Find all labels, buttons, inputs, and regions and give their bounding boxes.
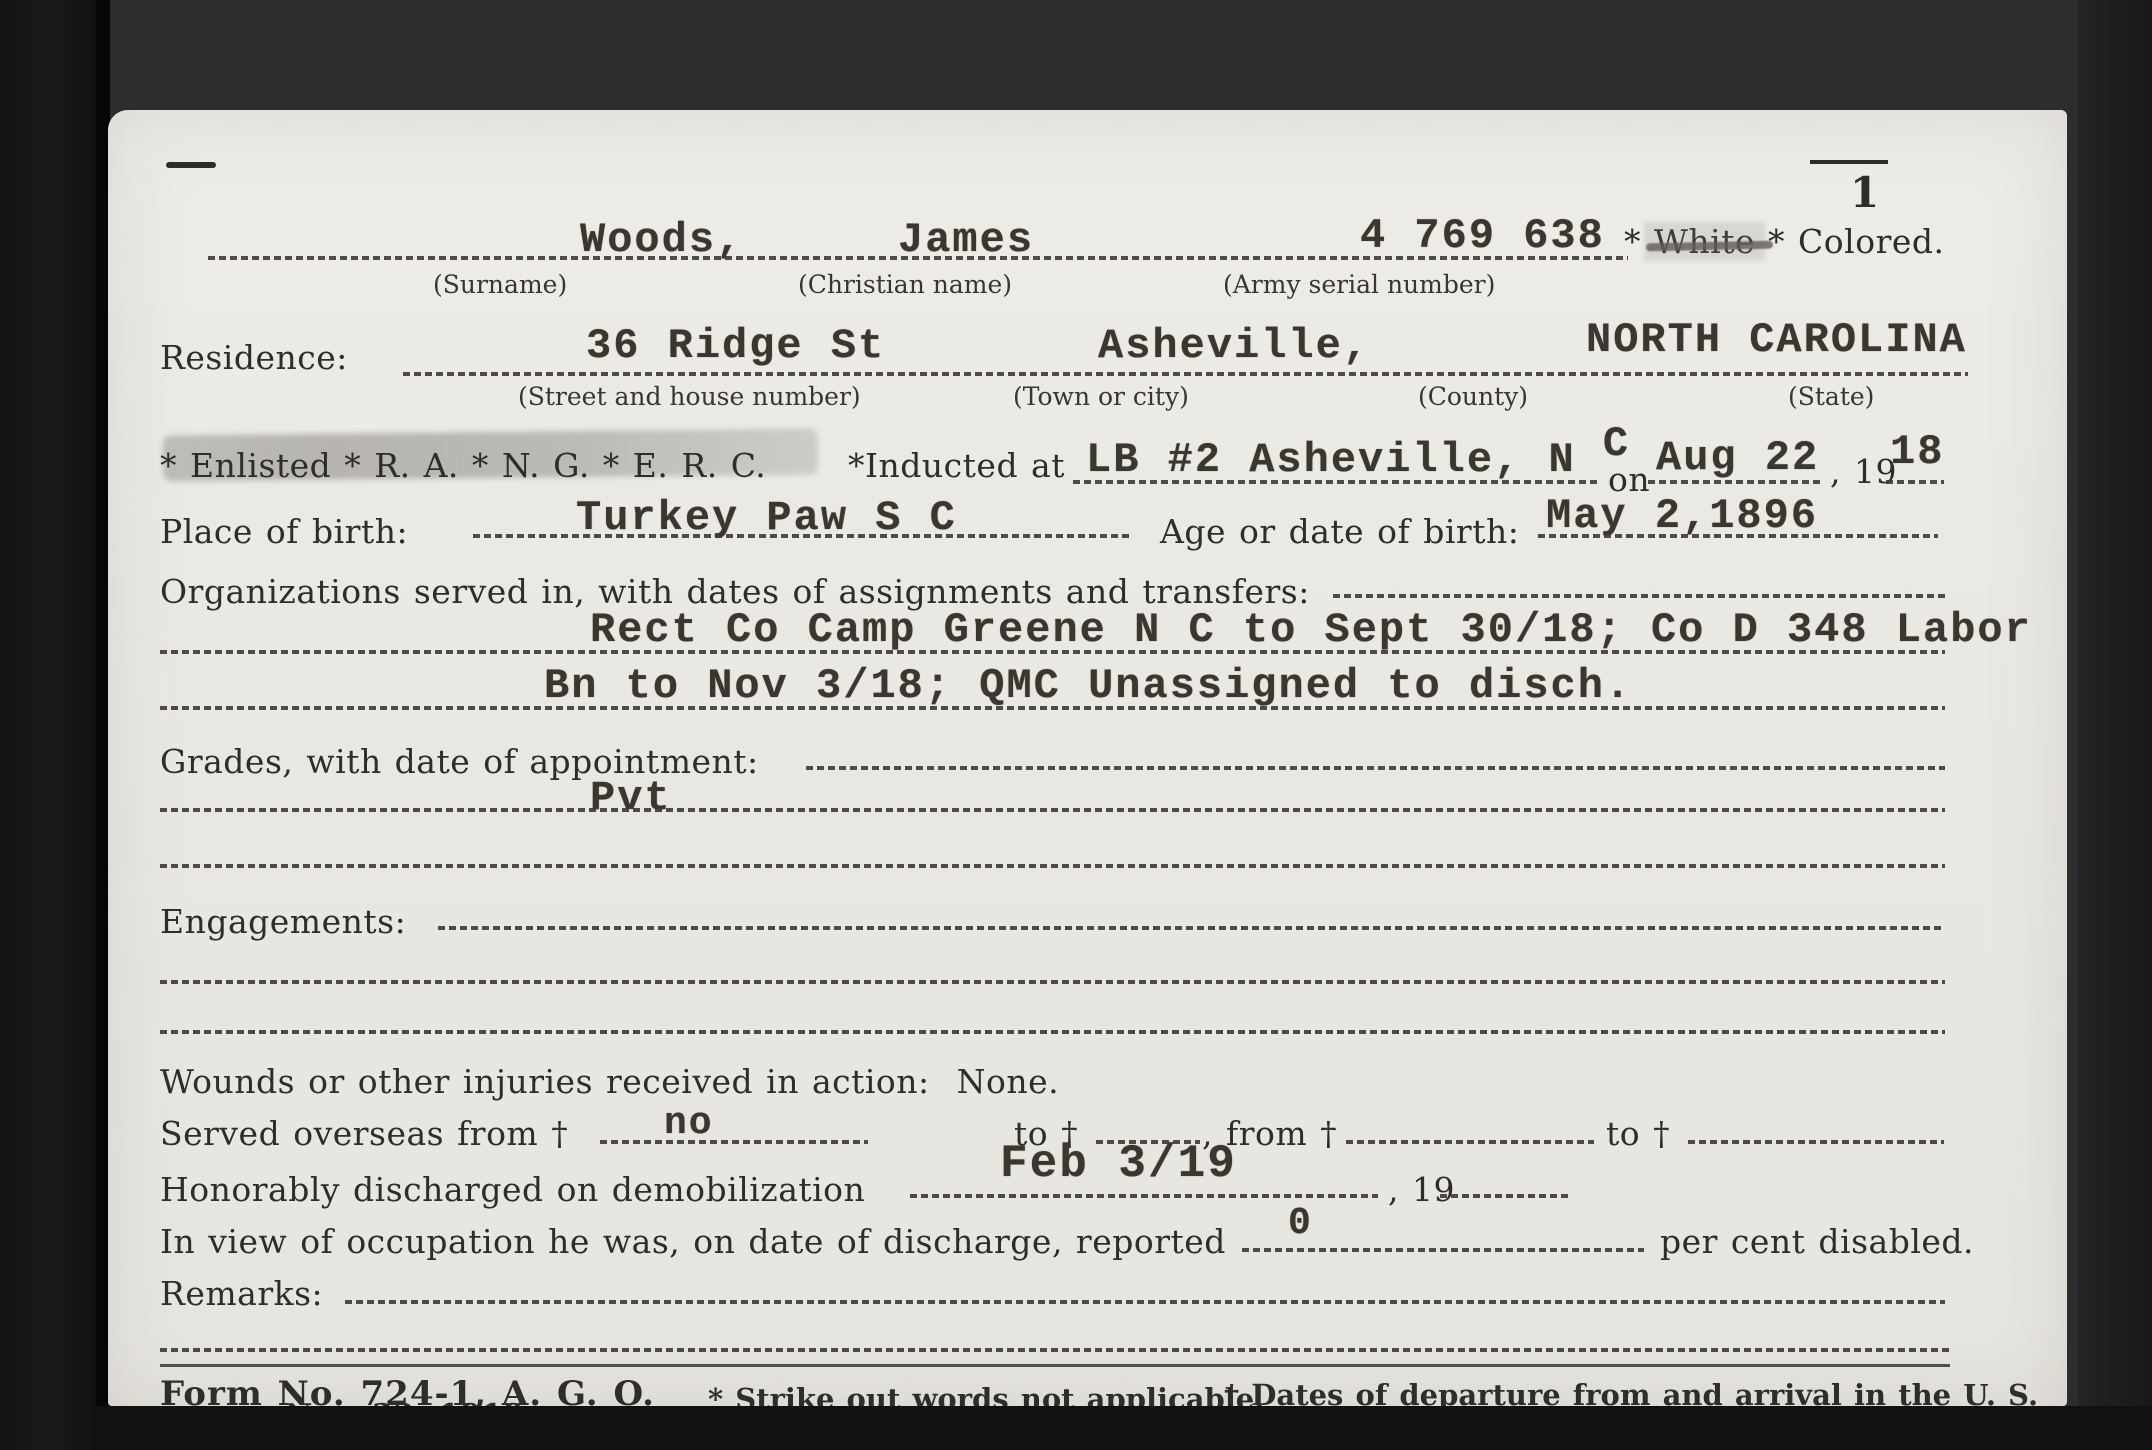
county-label: (County) <box>1418 382 1528 411</box>
wounds-value: None. <box>957 1062 1060 1101</box>
disability-value: 0 <box>1288 1202 1313 1245</box>
footer-dashed-rule <box>160 1348 1950 1352</box>
corner-dash-mark <box>166 162 216 168</box>
race-star: * <box>1624 222 1641 261</box>
christian-name-label: (Christian name) <box>798 270 1012 299</box>
induction-place-rule <box>1073 480 1598 484</box>
organizations-line1: Rect Co Camp Greene N C to Sept 30/18; C… <box>590 606 2032 654</box>
film-band-right <box>2078 0 2152 1450</box>
serial-number-label: (Army serial number) <box>1223 270 1495 299</box>
discharge-year-rule <box>1440 1194 1572 1198</box>
induction-year-value: 18 <box>1890 428 1944 476</box>
organizations-line2: Bn to Nov 3/18; QMC Unassigned to disch. <box>544 662 1632 710</box>
wounds-line: Wounds or other injuries received in act… <box>160 1062 1059 1101</box>
grades-rule <box>806 766 1945 770</box>
service-record-card: 1 Woods, James 4 769 638 * White * Color… <box>108 110 2067 1406</box>
overseas-from-label: Served overseas from † <box>160 1114 568 1153</box>
town-label: (Town or city) <box>1013 382 1189 411</box>
disability-rule <box>1242 1248 1644 1252</box>
state-value: NORTH CAROLINA <box>1586 316 1967 364</box>
footnote-dates: † Dates of departure from and arrival in… <box>1224 1378 2038 1406</box>
street-value: 36 Ridge St <box>586 322 885 370</box>
overseas-to-label-2: to † <box>1606 1114 1670 1153</box>
remarks-label: Remarks: <box>160 1274 323 1313</box>
discharge-year-prefix: , 19 <box>1388 1170 1455 1209</box>
inducted-at-label: *Inducted at <box>848 446 1065 485</box>
disability-suffix: per cent disabled. <box>1660 1222 1974 1261</box>
town-value: Asheville, <box>1098 322 1370 370</box>
street-label: (Street and house number) <box>518 382 861 411</box>
grade-value: Pvt <box>590 774 672 822</box>
film-band-bottom <box>96 1406 2152 1450</box>
state-label: (State) <box>1788 382 1874 411</box>
grades-rule-3 <box>160 864 1945 868</box>
residence-rule <box>403 372 1968 376</box>
induction-date-rule <box>1648 480 1823 484</box>
film-strip-left <box>0 0 96 1450</box>
year-prefix: , 19 <box>1830 452 1897 491</box>
discharge-label: Honorably discharged on demobilization <box>160 1170 865 1209</box>
disability-label: In view of occupation he was, on date of… <box>160 1222 1226 1261</box>
enlistment-options: * Enlisted * R. A. * N. G. * E. R. C. <box>160 446 766 485</box>
engagements-rule <box>438 926 1945 930</box>
induction-year-rule <box>1886 480 1944 484</box>
remarks-rule <box>345 1300 1945 1304</box>
name-row-rule <box>208 256 1628 260</box>
form-date-clipped: Nov. 22, 1919 <box>285 1398 524 1406</box>
organizations-rule-3 <box>160 706 1945 710</box>
serial-number-value: 4 769 638 <box>1360 212 1605 260</box>
discharge-rule <box>910 1194 1378 1198</box>
engagements-label: Engagements: <box>160 902 406 941</box>
race-line: * White * Colored. <box>1624 222 1945 261</box>
surname-label: (Surname) <box>433 270 567 299</box>
organizations-rule <box>1333 594 1945 598</box>
induction-place-value: LB #2 Asheville, N C <box>1086 436 1630 484</box>
birth-date-rule <box>1538 534 1938 538</box>
birth-date-value: May 2,1896 <box>1546 492 1818 540</box>
wounds-label: Wounds or other injuries received in act… <box>160 1062 930 1101</box>
race-colored: Colored. <box>1798 222 1944 261</box>
birth-place-label: Place of birth: <box>160 512 408 551</box>
scanned-page: 1 Woods, James 4 769 638 * White * Color… <box>0 0 2152 1450</box>
birth-place-rule <box>473 534 1133 538</box>
engagements-rule-3 <box>160 1030 1945 1034</box>
residence-label: Residence: <box>160 338 348 377</box>
footer-solid-rule <box>160 1364 1950 1367</box>
race-white-struck: White <box>1654 222 1755 261</box>
birth-date-label: Age or date of birth: <box>1160 512 1519 551</box>
overseas-from-value: no <box>664 1102 714 1145</box>
overseas-rule-3 <box>1346 1140 1594 1144</box>
organizations-rule-2 <box>160 650 1945 654</box>
induction-place-text: LB #2 Asheville, N <box>1086 436 1576 484</box>
page-number: 1 <box>1850 168 1880 217</box>
overseas-rule-4 <box>1688 1140 1944 1144</box>
induction-date-value: Aug 22 <box>1656 434 1819 482</box>
discharge-date-value: Feb 3/19 <box>1000 1138 1237 1190</box>
grades-rule-2 <box>160 808 1945 812</box>
engagements-rule-2 <box>160 980 1945 984</box>
footnote-strike-out: * Strike out words not applicable. <box>708 1382 1264 1406</box>
page-number-rule <box>1810 160 1888 164</box>
overseas-rule-1 <box>600 1140 868 1144</box>
